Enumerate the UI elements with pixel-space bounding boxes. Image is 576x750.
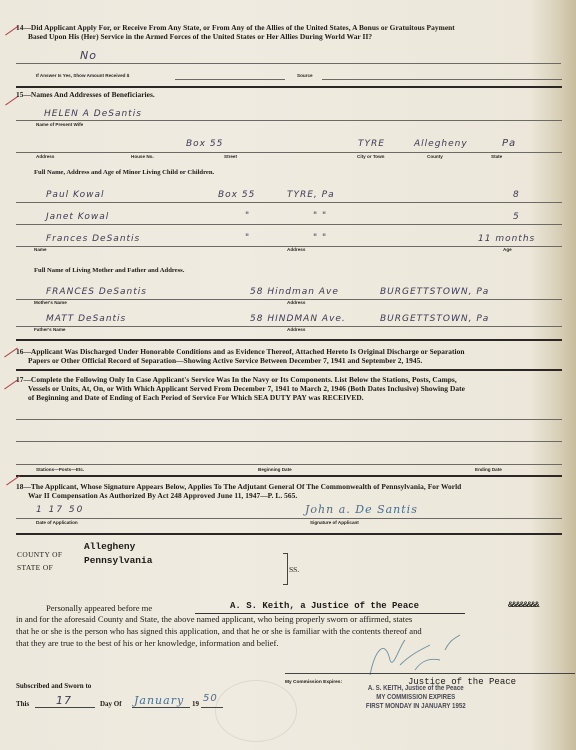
q14-amount-line [175, 79, 285, 80]
q14-source-line [322, 79, 562, 80]
mother-label: Mother's Name [34, 300, 67, 305]
child-age-label: Age [503, 247, 512, 252]
q18-question: 18—The Applicant, Whose Signature Appear… [16, 482, 571, 500]
month-line [132, 707, 190, 708]
embossed-seal [215, 680, 297, 742]
stamp-line-3: FIRST MONDAY IN JANUARY 1952 [335, 701, 497, 710]
affidavit-start: Personally appeared before me [46, 603, 152, 615]
child-3-address: " [245, 233, 250, 243]
day-of-label: Day Of [100, 700, 122, 708]
q18-signature-line [16, 518, 562, 519]
child-1-name: Paul Kowal [46, 190, 104, 200]
child-3-city: " " [313, 233, 327, 243]
affidavit-line-2: in and for the aforesaid County and Stat… [16, 614, 566, 626]
date-of-application-label: Date of Application [36, 520, 78, 525]
q14-line2: Based Upon His (Her) Service in the Arme… [16, 32, 571, 41]
affidavit-line-3: that he or she is the person who has sig… [16, 626, 566, 638]
child-1-line [16, 202, 562, 203]
beginning-date-label: Beginning Date [258, 467, 292, 472]
address-label: Address [36, 154, 54, 159]
wife-city: TYRE [358, 139, 385, 149]
county-label: County [427, 154, 443, 159]
children-title: Full Name, Address and Age of Minor Livi… [34, 169, 214, 176]
application-form-page: 14—Did Applicant Apply For, or Receive F… [0, 0, 576, 750]
q17-line1: 17—Complete the Following Only In Case A… [16, 375, 457, 384]
mother-address-label: Address [287, 300, 305, 305]
q14-answer-line [16, 63, 561, 64]
q16-line1: 16—Applicant Was Discharged Under Honora… [16, 347, 465, 356]
child-2-name: Janet Kowal [46, 212, 109, 222]
subscribed-label: Subscribed and Sworn to [16, 682, 91, 690]
wife-name: HELEN A DeSantis [44, 109, 142, 119]
wife-street: Box 55 [186, 139, 223, 149]
section-divider [16, 369, 562, 371]
q14-line1: 14—Did Applicant Apply For, or Receive F… [16, 23, 455, 32]
father-city: BURGETTSTOWN, Pa [380, 314, 489, 324]
child-name-label: Name [34, 247, 47, 252]
q14-amount-label: If Answer Is Yes, Show Amount Received $ [36, 73, 129, 78]
father-address: 58 HINDMAN Ave. [250, 314, 346, 324]
child-1-address: Box 55 [218, 190, 255, 200]
child-3-name: Frances DeSantis [46, 234, 140, 244]
county-value: Allegheny [84, 541, 135, 552]
father-address-label: Address [287, 327, 305, 332]
q16-question: 16—Applicant Was Discharged Under Honora… [16, 347, 571, 365]
q15-title: 15—Names And Addresses of Beneficiaries. [16, 90, 155, 99]
city-label: City or Town [357, 154, 384, 159]
commission-label: My Commission Expires: [285, 680, 342, 685]
q17-row-line [16, 419, 562, 420]
house-no-label: House No. [131, 154, 154, 159]
wife-county: Allegheny [414, 139, 468, 149]
q14-question: 14—Did Applicant Apply For, or Receive F… [16, 23, 571, 41]
father-name: MATT DeSantis [46, 314, 126, 324]
signature-label: Signature of Applicant [310, 520, 359, 525]
q14-answer: No [80, 49, 97, 62]
state-of-label: STATE OF [17, 563, 53, 572]
section-divider [16, 86, 562, 88]
child-address-label: Address [287, 247, 305, 252]
ss-bracket [283, 553, 288, 585]
wife-address-line [16, 152, 562, 153]
wife-state: Pa [502, 138, 516, 149]
mother-city: BURGETTSTOWN, Pa [380, 287, 489, 297]
mother-address: 58 Hindman Ave [250, 287, 339, 297]
child-2-city: " " [313, 211, 327, 221]
officer-name: A. S. Keith, a Justice of the Peace [230, 601, 419, 611]
day-value: 17 [56, 694, 72, 707]
ending-date-label: Ending Date [475, 467, 502, 472]
affidavit-line-4: that they are true to the best of his or… [16, 638, 566, 650]
year-prefix: 19 [192, 700, 199, 708]
child-2-age: 5 [513, 212, 520, 222]
q17-row-line [16, 441, 562, 442]
q16-line2: Papers or Other Official Record of Separ… [16, 356, 571, 365]
stamp-line-2: MY COMMISSION EXPIRES [335, 692, 497, 701]
q17-line3: of Beginning and Date of Ending of Each … [16, 393, 571, 402]
month-value: January [134, 694, 184, 707]
child-1-age: 8 [513, 190, 520, 200]
q14-source-label: Source [297, 73, 313, 78]
mother-name: FRANCES DeSantis [46, 287, 147, 297]
q17-question: 17—Complete the Following Only In Case A… [16, 375, 571, 402]
application-date: 1 17 50 [36, 505, 84, 515]
commission-stamp: A. S. KEITH, Justice of the Peace MY COM… [335, 683, 497, 710]
q18-line2: War II Compensation As Authorized By Act… [16, 491, 571, 500]
q17-row-line [16, 464, 562, 465]
state-value: Pennsylvania [84, 555, 152, 566]
child-2-line [16, 224, 562, 225]
father-label: Father's Name [34, 327, 65, 332]
child-1-city: TYRE, Pa [287, 190, 335, 200]
q18-line1: 18—The Applicant, Whose Signature Appear… [16, 482, 461, 491]
section-divider [16, 533, 562, 535]
section-divider [16, 339, 562, 341]
wife-name-label: Name of Present Wife [36, 122, 83, 127]
stamp-line-1: A. S. KEITH, Justice of the Peace [335, 683, 497, 692]
struck-text: &&&&&&&& [508, 601, 538, 610]
child-2-address: " [245, 211, 250, 221]
q17-line2: Vessels or Units, At, On, or With Which … [16, 384, 571, 393]
applicant-signature: John a. De Santis [305, 503, 418, 516]
day-line [35, 707, 95, 708]
stations-label: Stations—Posts—Etc. [36, 467, 84, 472]
section-divider [16, 475, 562, 477]
jp-signature-line [285, 673, 575, 674]
street-label: Street [224, 154, 237, 159]
parents-title: Full Name of Living Mother and Father an… [34, 267, 184, 274]
state-label: State [491, 154, 502, 159]
ss-label: SS. [289, 565, 299, 574]
county-label: COUNTY OF [17, 550, 62, 559]
wife-name-line [16, 120, 562, 121]
child-3-age: 11 months [478, 234, 535, 244]
this-label: This [16, 700, 29, 708]
